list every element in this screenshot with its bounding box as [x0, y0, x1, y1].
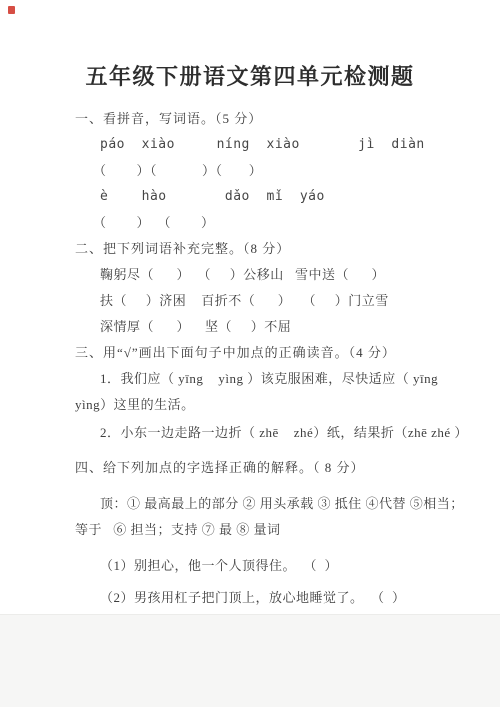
section-1-answer-blanks-row-2: （ ） （ ）	[75, 210, 488, 236]
section-4-question-2: （2）男孩用杠子把门顶上，放心地睡觉了。 （ ）	[75, 585, 488, 611]
section-1-heading: 一、看拼音，写词语。（5 分）	[75, 106, 488, 132]
section-4-question-1: （1）别担心，他一个人顶得住。 （ ）	[75, 553, 488, 579]
section-2-heading: 二、把下列词语补充完整。（8 分）	[75, 236, 488, 262]
section-3-sentence-2: 2．小东一边走路一边折（ zhē zhé）纸，结果折（zhē zhé ）	[75, 420, 488, 446]
section-3-sentence-1-part-1: 1．我们应（ yīng yìng ）该克服困难，尽快适应（ yīng	[75, 366, 488, 392]
section-1-pinyin-row-2: è hào dǎo mǐ yáo	[75, 184, 488, 210]
page-bottom-shadow	[0, 614, 500, 707]
section-1-answer-blanks-row-1: （ ）（ ）（ ）	[75, 158, 488, 184]
section-4-definitions-part-1: 顶：① 最高最上的部分 ② 用头承载 ③ 抵住 ④代替 ⑤相当；	[75, 491, 488, 517]
test-body: 一、看拼音，写词语。（5 分） páo xiào níng xiào jì di…	[0, 106, 500, 611]
corner-red-seal-icon	[8, 6, 15, 14]
section-3-heading: 三、用“√”画出下面句子中加点的正确读音。（4 分）	[75, 340, 488, 366]
page-title: 五年级下册语文第四单元检测题	[0, 62, 500, 92]
section-2-idiom-row-1: 鞠躬尽（ ） （ ）公移山 雪中送（ ）	[75, 262, 488, 288]
section-4-heading: 四、给下列加点的字选择正确的解释。（ 8 分）	[75, 455, 488, 481]
section-2-idiom-row-3: 深情厚（ ） 坚（ ）不屈	[75, 314, 488, 340]
section-4-definitions-part-2: 等于 ⑥ 担当；支持 ⑦ 最 ⑧ 量词	[75, 517, 488, 543]
section-3-sentence-1-part-2: yìng）这里的生活。	[75, 392, 488, 418]
test-paper-page: { "meta": { "text_color": "#3d3d3d", "pa…	[0, 0, 500, 707]
section-1-pinyin-row-1: páo xiào níng xiào jì diàn	[75, 132, 488, 158]
section-2-idiom-row-2: 扶（ ）济困 百折不（ ） （ ）门立雪	[75, 288, 488, 314]
